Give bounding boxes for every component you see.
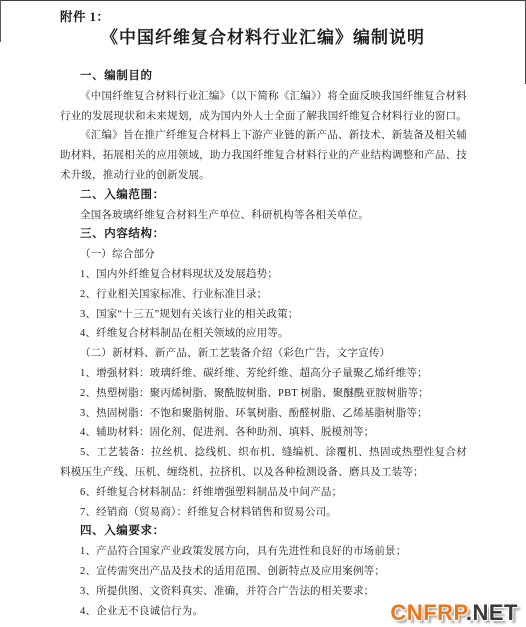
text-line: （一）综合部分: [60, 245, 467, 265]
watermark-brand-text: CNFRP: [390, 600, 465, 625]
text-line: 全国各玻璃纤维复合材料生产单位、科研机构等各相关单位。: [60, 206, 467, 226]
document-body: 一、编制目的《中国纤维复合材料行业汇编》（以下简称《汇编》）将全面反映我国纤维复…: [60, 67, 467, 621]
text-line: 3、所提供图、文资料真实、准确，并符合广告法的相关要求；: [60, 582, 467, 602]
text-line: 3、国家“十三五”规划有关该行业的相关政策；: [60, 305, 467, 325]
text-line: （二）新材料、新产品、新工艺装备介绍（彩色广告，文字宣传）: [60, 344, 467, 364]
section-heading: 三、内容结构：: [60, 225, 467, 245]
page-title: 《中国纤维复合材料行业汇编》编制说明: [0, 23, 526, 48]
text-line: 助材料，拓展相关的应用领域，助力我国纤维复合材料行业的产业结构调整和产品、技: [60, 146, 467, 166]
text-line: 7、经销商（贸易商）：纤维复合材料销售和贸易公司。: [60, 503, 467, 523]
scanned-document-page: 附件 1： 《中国纤维复合材料行业汇编》编制说明 一、编制目的《中国纤维复合材料…: [0, 0, 526, 627]
text-line: 《中国纤维复合材料行业汇编》（以下简称《汇编》）将全面反映我国纤维复合材料: [60, 87, 467, 107]
section-heading: 四、入编要求：: [60, 522, 467, 542]
text-line: 行业的发展现状和未来规划，成为国内外人士全面了解我国纤维复合材料行业的窗口。: [60, 107, 467, 127]
section-heading: 一、编制目的: [60, 67, 467, 87]
scan-edge-top: [0, 0, 526, 1]
text-line: 4、纤维复合材料制品在相关领域的应用等。: [60, 324, 467, 344]
text-line: 1、增强材料：玻璃纤维、碳纤维、芳纶纤维、超高分子量聚乙烯纤维等；: [60, 364, 467, 384]
text-line: 《汇编》旨在推广纤维复合材料上下游产业链的新产品、新技术、新装备及相关辅: [60, 126, 467, 146]
text-line: 3、热固树脂：不饱和聚脂树脂、环氧树脂、酚醛树脂、乙烯基脂树脂等；: [60, 404, 467, 424]
text-line: 6、纤维复合材料制品：纤维增强塑料制品及中间产品；: [60, 483, 467, 503]
text-line: 4、辅助材料：固化剂、促进剂、各种助剂、填料、脱模剂等；: [60, 423, 467, 443]
text-line: 1、国内外纤维复合材料现状及发展趋势；: [60, 265, 467, 285]
text-line: 2、行业相关国家标准、行业标准目录；: [60, 285, 467, 305]
text-line: 料模压生产线、压机、缠绕机、拉挤机、以及各种检测设备、磨具及工装等；: [60, 463, 467, 483]
text-line: 5、工艺装备：拉丝机、捻线机、织布机、缝编机、涂覆机、热固或热塑性复合材: [60, 443, 467, 463]
text-line: 2、热塑树脂：聚丙烯树脂、聚酰胺树脂、PBT 树脂、聚醚酰亚胺树脂等；: [60, 384, 467, 404]
text-line: 1、产品符合国家产业政策发展方向，具有先进性和良好的市场前景；: [60, 542, 467, 562]
text-line: 术升级，推动行业的创新发展。: [60, 166, 467, 186]
cnfrp-watermark-logo: CNFRP.NET: [390, 600, 518, 626]
watermark-suffix-text: .NET: [466, 600, 518, 625]
section-heading: 二、入编范围：: [60, 186, 467, 206]
text-line: 2、宣传需突出产品及技术的适用范围、创新特点及应用案例等；: [60, 562, 467, 582]
